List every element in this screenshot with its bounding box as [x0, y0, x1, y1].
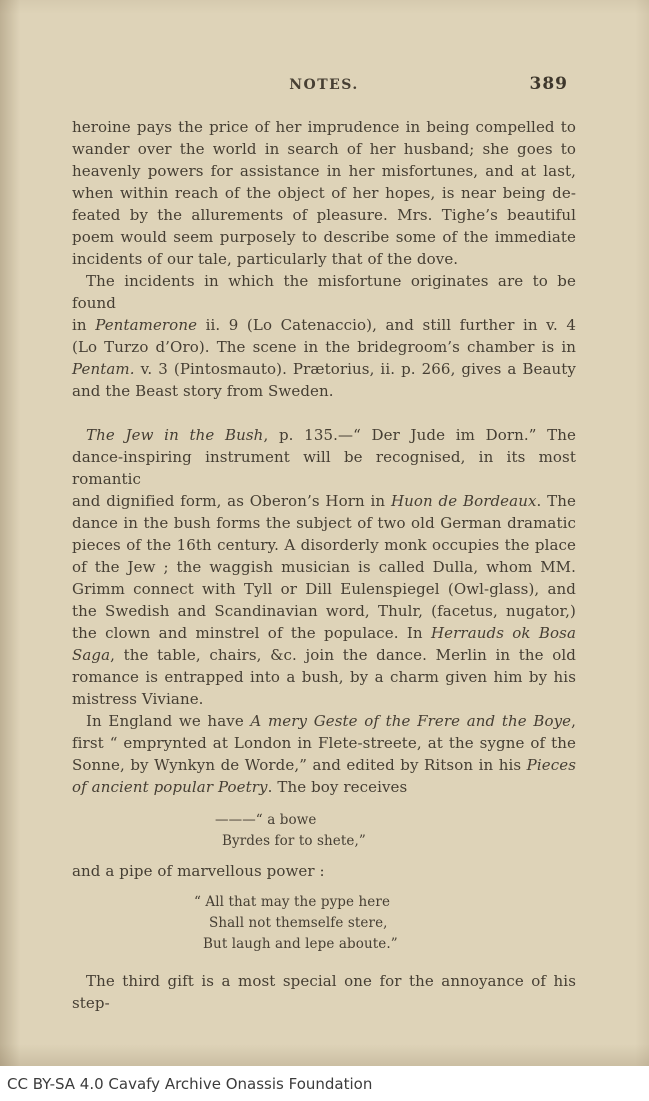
text-line: In England we have A mery Geste of the F…	[72, 710, 576, 732]
text-line: heroine pays the price of her imprudence…	[72, 116, 576, 138]
text-line: But laugh and lepe aboute.”	[203, 934, 576, 955]
text-line: Byrdes for to shete,”	[222, 831, 576, 852]
text-line: Sonne, by Wynkyn de Worde,” and edited b…	[72, 754, 576, 776]
paragraph-third-gift: The third gift is a most special one for…	[72, 970, 576, 1014]
text-line: the Swedish and Scandinavian word, Thulr…	[72, 600, 576, 622]
text-line: Saga, the table, chairs, &c. join the da…	[72, 644, 576, 666]
text-line: of the Jew ; the waggish musician is cal…	[72, 556, 576, 578]
text-line: wander over the world in search of her h…	[72, 138, 576, 160]
text-line: when within reach of the object of her h…	[72, 182, 576, 204]
text-line: “ All that may the pype here	[194, 892, 576, 913]
text-line: The incidents in which the misfortune or…	[72, 270, 576, 314]
page-body-text: heroine pays the price of her imprudence…	[72, 116, 576, 1014]
text-line: ———“ a bowe	[215, 810, 576, 831]
verse-pype: “ All that may the pype hereShall not th…	[72, 892, 576, 955]
text-line: Shall not themselfe stere,	[209, 913, 576, 934]
paragraph-jew-in-the-bush: The Jew in the Bush, p. 135.—“ Der Jude …	[72, 424, 576, 710]
text-line: and a pipe of marvellous power :	[72, 860, 576, 882]
text-line: The Jew in the Bush, p. 135.—“ Der Jude …	[72, 424, 576, 446]
page-number: 389	[530, 74, 569, 94]
text-line: first “ emprynted at London in Flete-str…	[72, 732, 576, 754]
text-line: the clown and minstrel of the populace. …	[72, 622, 576, 644]
text-line: of ancient popular Poetry. The boy recei…	[72, 776, 576, 798]
text-line: in Pentamerone ii. 9 (Lo Catenaccio), an…	[72, 314, 576, 336]
page-header: NOTES. 389	[72, 74, 576, 96]
license-bar: CC BY-SA 4.0 Cavafy Archive Onassis Foun…	[0, 1066, 649, 1101]
paragraph-pipe-of-power: and a pipe of marvellous power :	[72, 860, 576, 882]
text-line: (Lo Turzo d’Oro). The scene in the bride…	[72, 336, 576, 358]
text-line: feated by the allurements of pleasure. M…	[72, 204, 576, 226]
verse-a-bowe: ———“ a boweByrdes for to shete,”	[72, 810, 576, 852]
text-line: poem would seem purposely to describe so…	[72, 226, 576, 248]
text-line: and the Beast story from Sweden.	[72, 380, 576, 402]
text-line: dance-inspiring instrument will be recog…	[72, 446, 576, 490]
text-line: and dignified form, as Oberon’s Horn in …	[72, 490, 576, 512]
text-line: dance in the bush forms the subject of t…	[72, 512, 576, 534]
text-line: pieces of the 16th century. A disorderly…	[72, 534, 576, 556]
text-line: incidents of our tale, particularly that…	[72, 248, 576, 270]
paragraph-england-mery-geste: In England we have A mery Geste of the F…	[72, 710, 576, 798]
license-caption: CC BY-SA 4.0 Cavafy Archive Onassis Foun…	[7, 1075, 372, 1093]
text-line: Grimm connect with Tyll or Dill Eulenspi…	[72, 578, 576, 600]
paragraph-pentamerone-sources: The incidents in which the misfortune or…	[72, 270, 576, 402]
text-line: heavenly powers for assistance in her mi…	[72, 160, 576, 182]
book-page-scan: NOTES. 389 heroine pays the price of her…	[0, 0, 649, 1066]
paragraph-misfortune-continuation: heroine pays the price of her imprudence…	[72, 116, 576, 270]
text-line: Pentam. v. 3 (Pintosmauto). Prætorius, i…	[72, 358, 576, 380]
text-line: mistress Viviane.	[72, 688, 576, 710]
running-title: NOTES.	[72, 77, 576, 93]
text-line: romance is entrapped into a bush, by a c…	[72, 666, 576, 688]
screenshot-root: NOTES. 389 heroine pays the price of her…	[0, 0, 649, 1101]
text-line: The third gift is a most special one for…	[72, 970, 576, 1014]
